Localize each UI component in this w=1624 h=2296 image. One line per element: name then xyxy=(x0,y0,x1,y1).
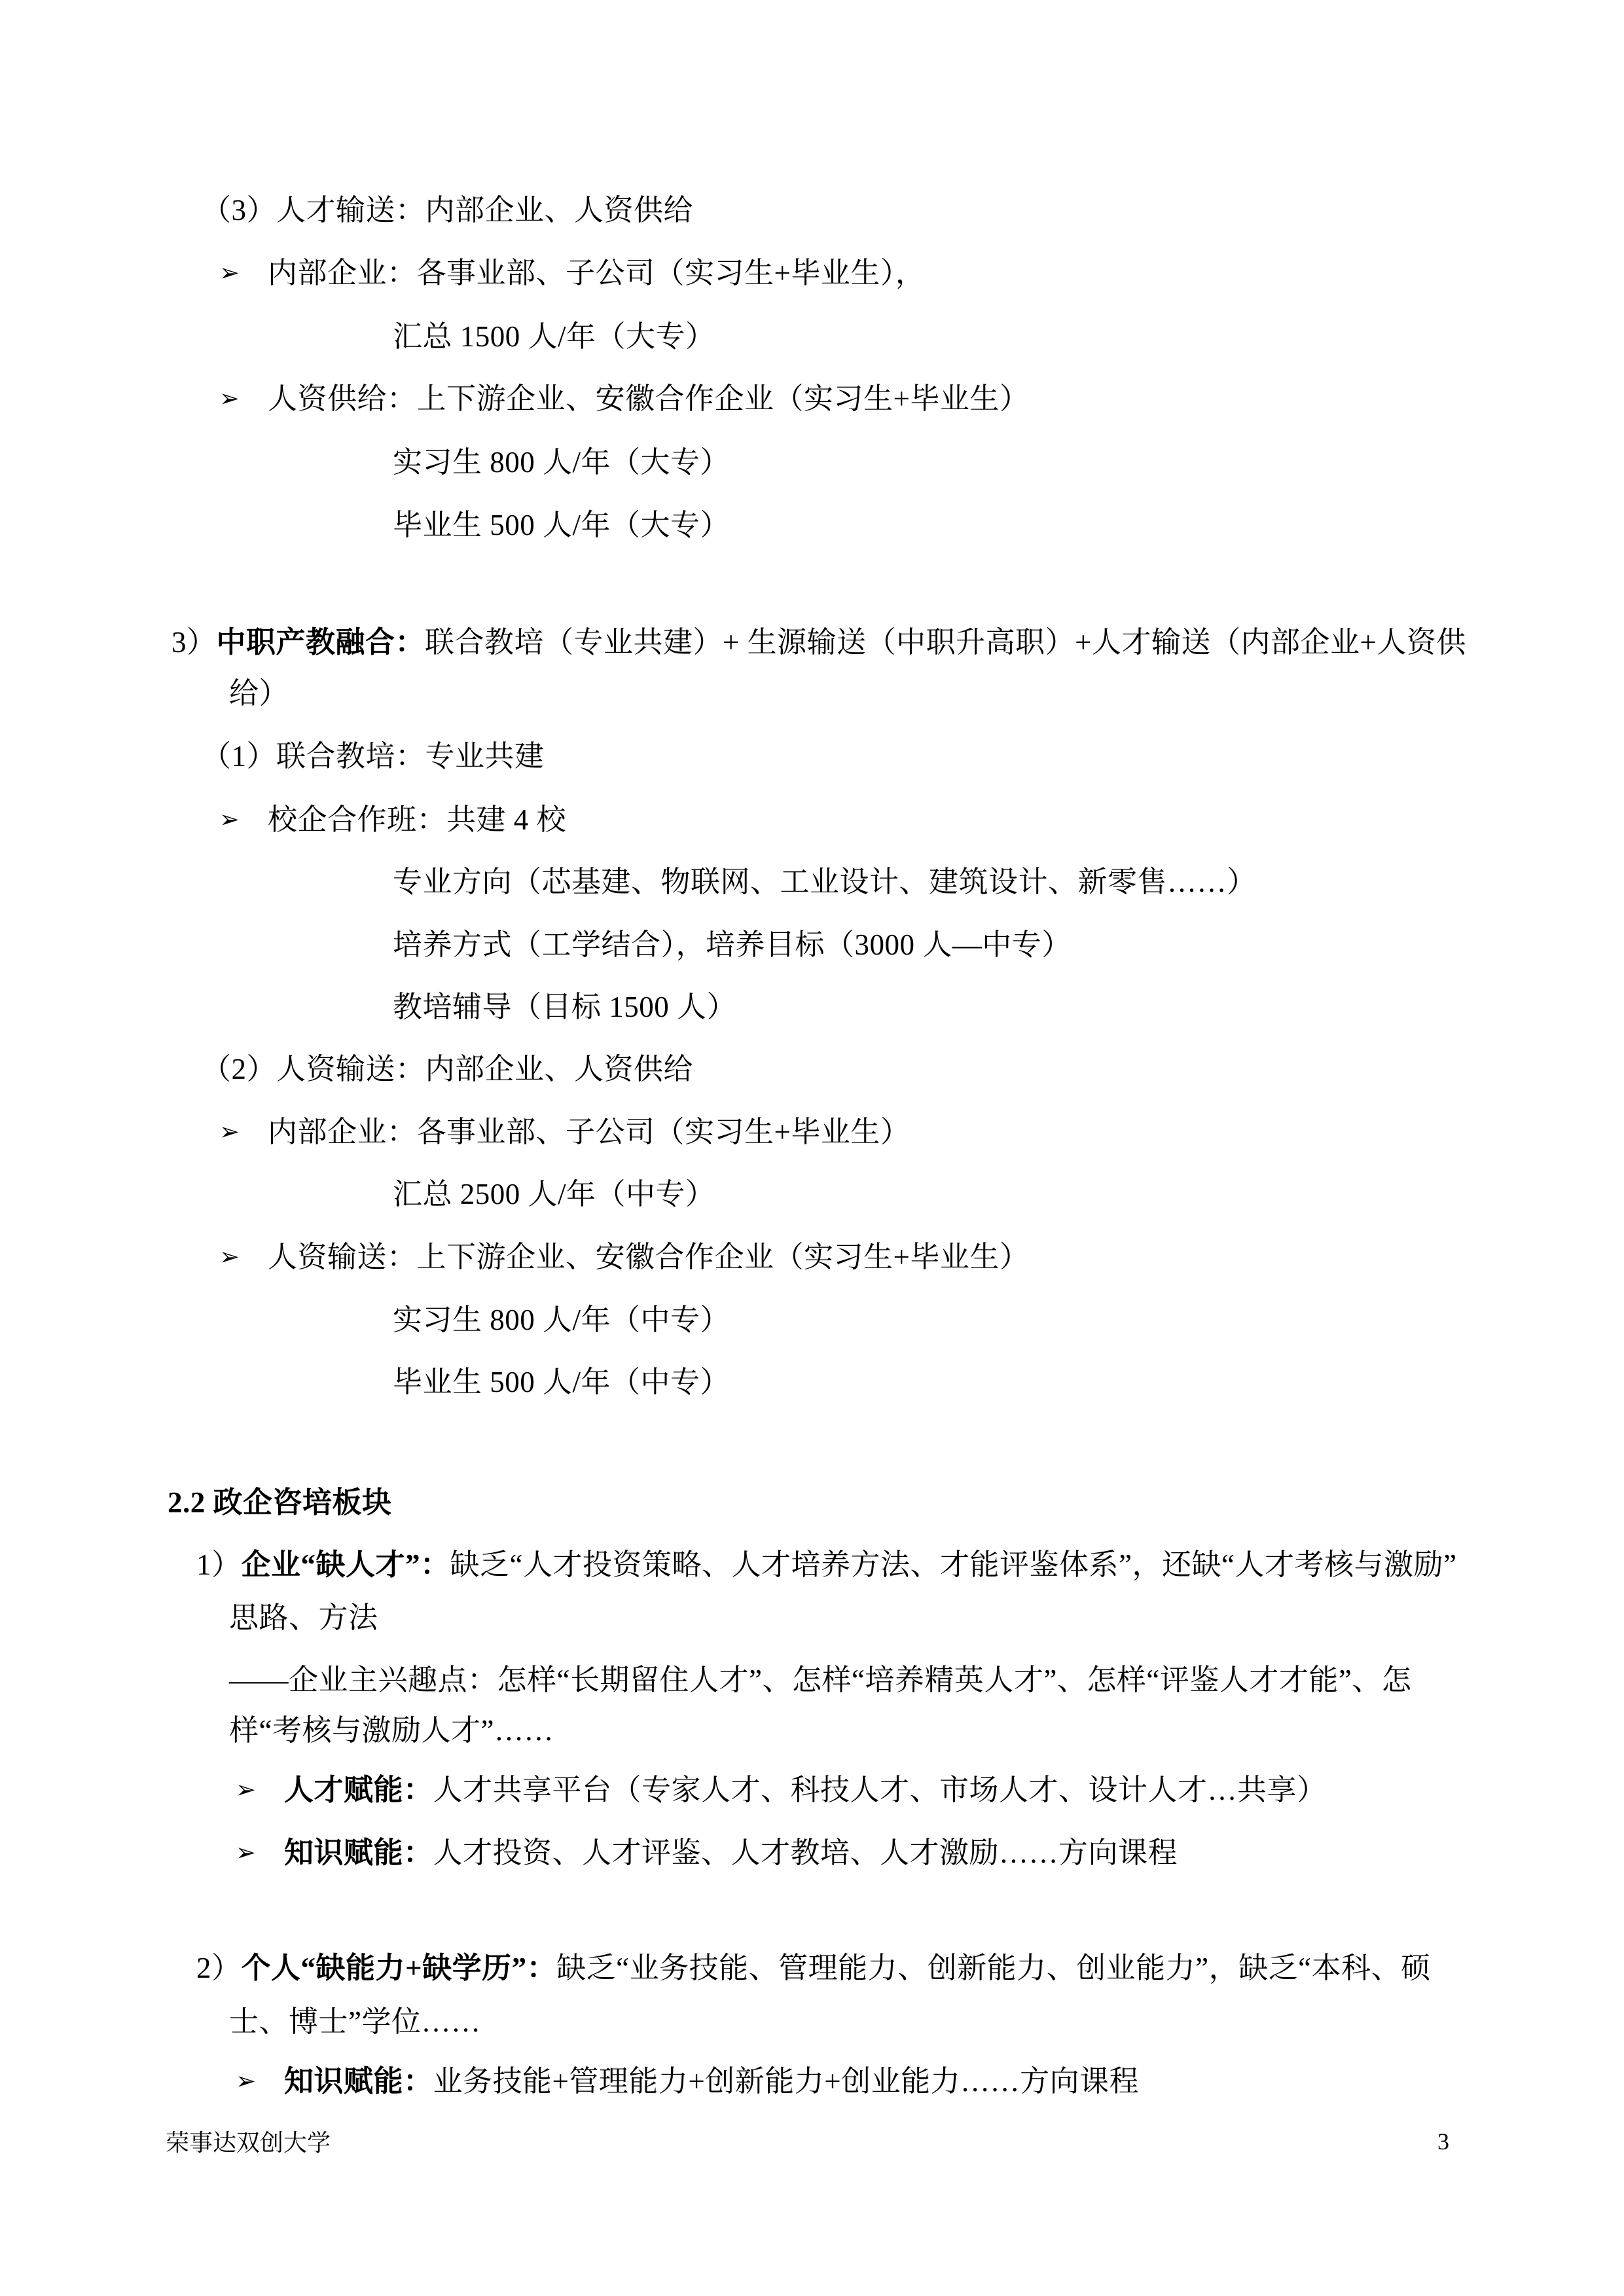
line-text: 2.2 政企咨培板块 xyxy=(168,1486,392,1519)
line-text: 给） xyxy=(229,677,289,710)
bullet-hr-supply: ➢人资供给：上下游企业、安徽合作企业（实习生+毕业生） xyxy=(219,380,1029,418)
line-text: （2）人资输送：内部企业、人资供给 xyxy=(202,1053,693,1085)
bullet-talent-empowerment: ➢人才赋能：人才共享平台（专家人才、科技人才、市场人才、设计人才…共享） xyxy=(236,1771,1327,1810)
detail-interns-800-dazhuan: 实习生 800 人/年（大专） xyxy=(393,443,730,481)
line-text: 3） xyxy=(171,626,217,659)
section-2-2-heading: 2.2 政企咨培板块 xyxy=(168,1484,392,1522)
interest-points-continuation: 样“考核与激励人才”…… xyxy=(229,1711,554,1749)
detail-total-1500: 汇总 1500 人/年（大专） xyxy=(393,318,715,355)
detail-training-mode: 培养方式（工学结合），培养目标（3000 人—中专） xyxy=(393,926,1072,964)
bullet-knowledge-empowerment-2: ➢知识赋能：业务技能+管理能力+创新能力+创业能力……方向课程 xyxy=(236,2062,1139,2101)
line-text: 联合教培（专业共建）+ 生源输送（中职升高职）+人才输送（内部企业+人资供 xyxy=(425,626,1466,659)
arrow-bullet-icon: ➢ xyxy=(219,1239,268,1277)
line-text: 样“考核与激励人才”…… xyxy=(229,1714,554,1747)
line-text: 2） xyxy=(196,1952,242,1984)
item-3-talent-transfer-heading: （3）人才输送：内部企业、人资供给 xyxy=(202,191,693,229)
arrow-bullet-icon: ➢ xyxy=(219,1114,268,1152)
line-text: 士、博士”学位…… xyxy=(229,2005,480,2038)
detail-graduates-500-zhongzhuan: 毕业生 500 人/年（中专） xyxy=(393,1363,730,1401)
continuation-thinking-methods: 思路、方法 xyxy=(229,1599,378,1637)
line-text: 毕业生 500 人/年（大专） xyxy=(393,509,730,541)
line-text: 人才投资、人才评鉴、人才教培、人才激励……方向课程 xyxy=(433,1836,1178,1869)
continuation-degrees: 士、博士”学位…… xyxy=(229,2003,480,2041)
bold-run: 人才赋能： xyxy=(284,1774,433,1806)
line-text: 1） xyxy=(196,1548,242,1581)
bullet-internal-companies-2: ➢内部企业：各事业部、子公司（实习生+毕业生） xyxy=(219,1113,910,1152)
item-1-enterprise-lack-talent: 1）企业“缺人才”：缺乏“人才投资策略、人才培养方法、才能评鉴体系”，还缺“人才… xyxy=(196,1546,1456,1584)
sub-item-2-hr-transfer: （2）人资输送：内部企业、人资供给 xyxy=(202,1050,693,1088)
detail-training-tutoring: 教培辅导（目标 1500 人） xyxy=(393,988,736,1026)
line-text: 荣事达双创大学 xyxy=(166,2130,331,2156)
arrow-bullet-icon: ➢ xyxy=(236,2063,284,2101)
line-text: 缺乏“人才投资策略、人才培养方法、才能评鉴体系”，还缺“人才考核与激励” xyxy=(450,1548,1457,1581)
item-2-individual-lack: 2）个人“缺能力+缺学历”：缺乏“业务技能、管理能力、创新能力、创业能力”，缺乏… xyxy=(196,1949,1431,1987)
bullet-internal-companies: ➢内部企业：各事业部、子公司（实习生+毕业生）， xyxy=(219,254,925,293)
detail-major-directions: 专业方向（芯基建、物联网、工业设计、建筑设计、新零售……） xyxy=(393,863,1257,901)
bold-run: 知识赋能： xyxy=(284,2065,433,2098)
document-page: （3）人才输送：内部企业、人资供给 ➢内部企业：各事业部、子公司（实习生+毕业生… xyxy=(0,0,1624,2296)
detail-interns-800-zhongzhuan: 实习生 800 人/年（中专） xyxy=(393,1301,730,1339)
line-text: 培养方式（工学结合），培养目标（3000 人—中专） xyxy=(393,928,1072,961)
bold-run: 企业“缺人才”： xyxy=(242,1548,450,1581)
arrow-bullet-icon: ➢ xyxy=(219,255,268,293)
line-text: 校企合作班：共建 4 校 xyxy=(268,803,566,836)
line-text: 缺乏“业务技能、管理能力、创新能力、创业能力”，缺乏“本科、硕 xyxy=(556,1952,1430,1984)
line-text: 内部企业：各事业部、子公司（实习生+毕业生）， xyxy=(268,257,925,289)
line-text: 人资输送：上下游企业、安徽合作企业（实习生+毕业生） xyxy=(268,1241,1029,1273)
bullet-hr-transfer: ➢人资输送：上下游企业、安徽合作企业（实习生+毕业生） xyxy=(219,1238,1029,1277)
arrow-bullet-icon: ➢ xyxy=(219,801,268,839)
detail-graduates-500-dazhuan: 毕业生 500 人/年（大专） xyxy=(393,506,730,544)
line-text: 教培辅导（目标 1500 人） xyxy=(393,991,736,1023)
line-text: 业务技能+管理能力+创新能力+创业能力……方向课程 xyxy=(433,2065,1140,2098)
line-text: 内部企业：各事业部、子公司（实习生+毕业生） xyxy=(268,1116,910,1148)
arrow-bullet-icon: ➢ xyxy=(219,380,268,418)
sub-item-1-joint-training: （1）联合教培：专业共建 xyxy=(202,737,545,775)
line-text: 人才共享平台（专家人才、科技人才、市场人才、设计人才…共享） xyxy=(433,1774,1327,1806)
arrow-bullet-icon: ➢ xyxy=(236,1772,284,1810)
enterprise-interest-points: ——企业主兴趣点：怎样“长期留住人才”、怎样“培养精英人才”、怎样“评鉴人才才能… xyxy=(229,1661,1411,1699)
line-text: 实习生 800 人/年（大专） xyxy=(393,446,730,479)
line-text: 3 xyxy=(1437,2128,1449,2155)
item-3-vocational-integration-heading: 3）中职产教融合：联合教培（专业共建）+ 生源输送（中职升高职）+人才输送（内部… xyxy=(171,623,1466,661)
bullet-knowledge-empowerment: ➢知识赋能：人才投资、人才评鉴、人才教培、人才激励……方向课程 xyxy=(236,1834,1178,1872)
heading-continuation: 给） xyxy=(229,674,289,712)
line-text: ——企业主兴趣点：怎样“长期留住人才”、怎样“培养精英人才”、怎样“评鉴人才才能… xyxy=(229,1664,1411,1696)
arrow-bullet-icon: ➢ xyxy=(236,1834,284,1872)
footer-brand: 荣事达双创大学 xyxy=(166,2128,331,2157)
footer-page-number: 3 xyxy=(1437,2127,1449,2156)
bold-run: 中职产教融合： xyxy=(217,626,425,659)
line-text: 人资供给：上下游企业、安徽合作企业（实习生+毕业生） xyxy=(268,382,1029,415)
bold-run: 个人“缺能力+缺学历”： xyxy=(242,1952,557,1984)
line-text: 汇总 2500 人/年（中专） xyxy=(393,1178,715,1211)
line-text: （1）联合教培：专业共建 xyxy=(202,740,545,773)
line-text: 毕业生 500 人/年（中专） xyxy=(393,1366,730,1398)
bullet-school-enterprise-class: ➢校企合作班：共建 4 校 xyxy=(219,801,566,839)
line-text: 汇总 1500 人/年（大专） xyxy=(393,320,715,353)
detail-total-2500: 汇总 2500 人/年（中专） xyxy=(393,1175,715,1213)
line-text: 实习生 800 人/年（中专） xyxy=(393,1303,730,1336)
line-text: 专业方向（芯基建、物联网、工业设计、建筑设计、新零售……） xyxy=(393,866,1257,898)
line-text: （3）人才输送：内部企业、人资供给 xyxy=(202,194,693,227)
line-text: 思路、方法 xyxy=(229,1601,378,1634)
bold-run: 知识赋能： xyxy=(284,1836,433,1869)
